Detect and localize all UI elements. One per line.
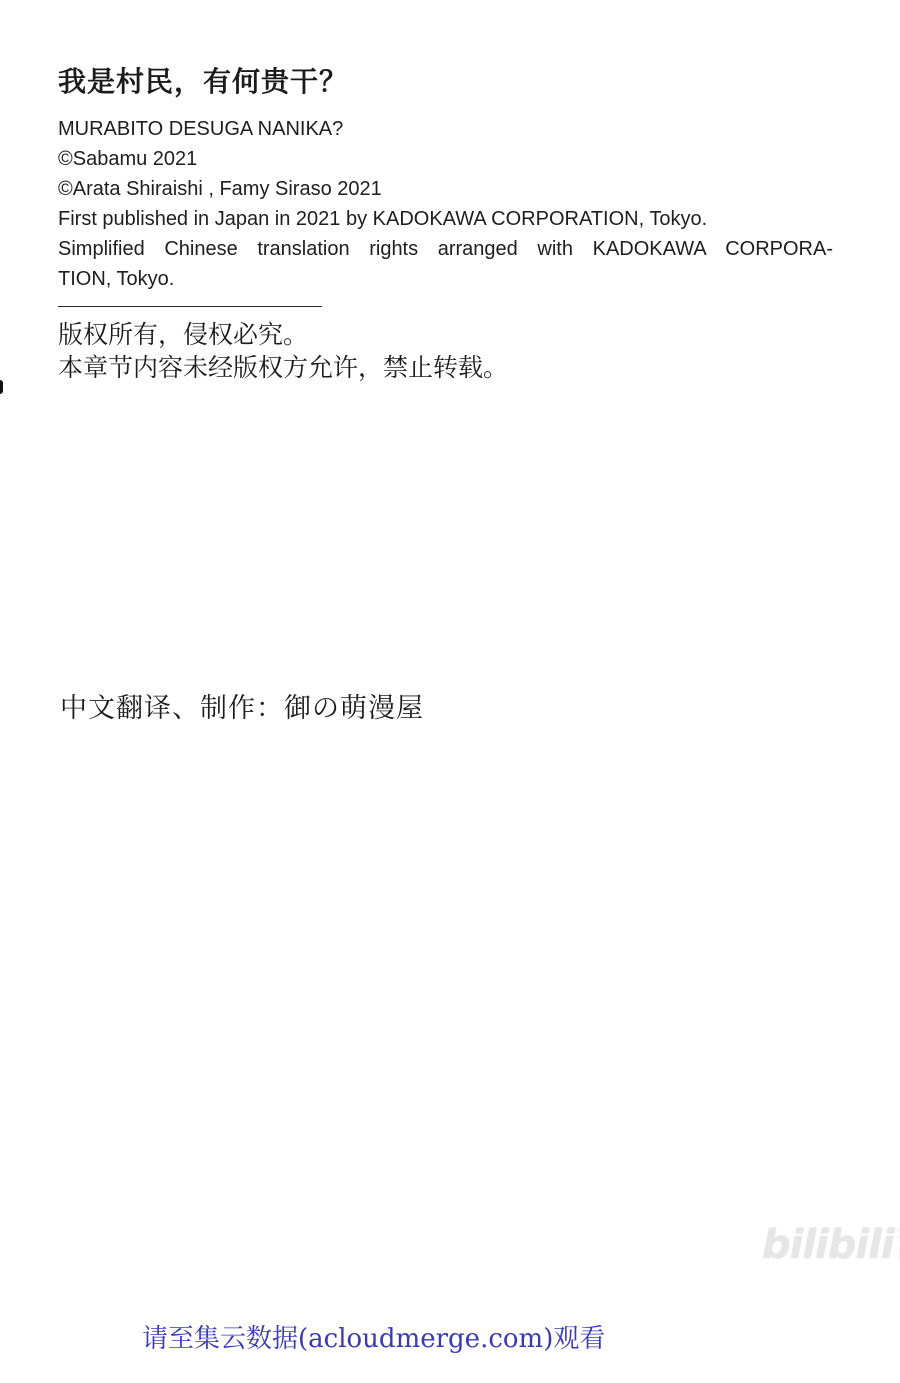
bilibili-manhua-watermark: bilibili 漫 画 xyxy=(762,1222,900,1268)
copyright-artists: ©Arata Shiraishi , Famy Siraso 2021 xyxy=(58,174,833,204)
bilibili-logo-icon: bilibili xyxy=(762,1222,894,1268)
divider-line xyxy=(58,306,322,307)
publication-note: First published in Japan in 2021 by KADO… xyxy=(58,204,833,234)
rights-reserved: 版权所有，侵权必究。 xyxy=(58,318,508,351)
reprint-prohibited: 本章节内容未经版权方允许，禁止转载。 xyxy=(58,351,508,384)
translation-rights-note: Simplified Chinese translation rights ar… xyxy=(58,234,833,264)
original-title-romaji: MURABITO DESUGA NANIKA? xyxy=(58,114,833,144)
copyright-author: ©Sabamu 2021 xyxy=(58,144,833,174)
rights-notice: 版权所有，侵权必究。 本章节内容未经版权方允许，禁止转载。 xyxy=(58,318,508,384)
edge-mark xyxy=(0,380,3,394)
source-site-link[interactable]: 请至集云数据(acloudmerge.com)观看 xyxy=(142,1318,605,1355)
copyright-credits: MURABITO DESUGA NANIKA? ©Sabamu 2021 ©Ar… xyxy=(58,114,833,294)
page-title: 我是村民，有何贵干？ xyxy=(58,60,348,100)
translation-rights-note-continued: TION, Tokyo. xyxy=(58,264,833,294)
translator-credit: 中文翻译、制作：御の萌漫屋 xyxy=(60,686,424,725)
